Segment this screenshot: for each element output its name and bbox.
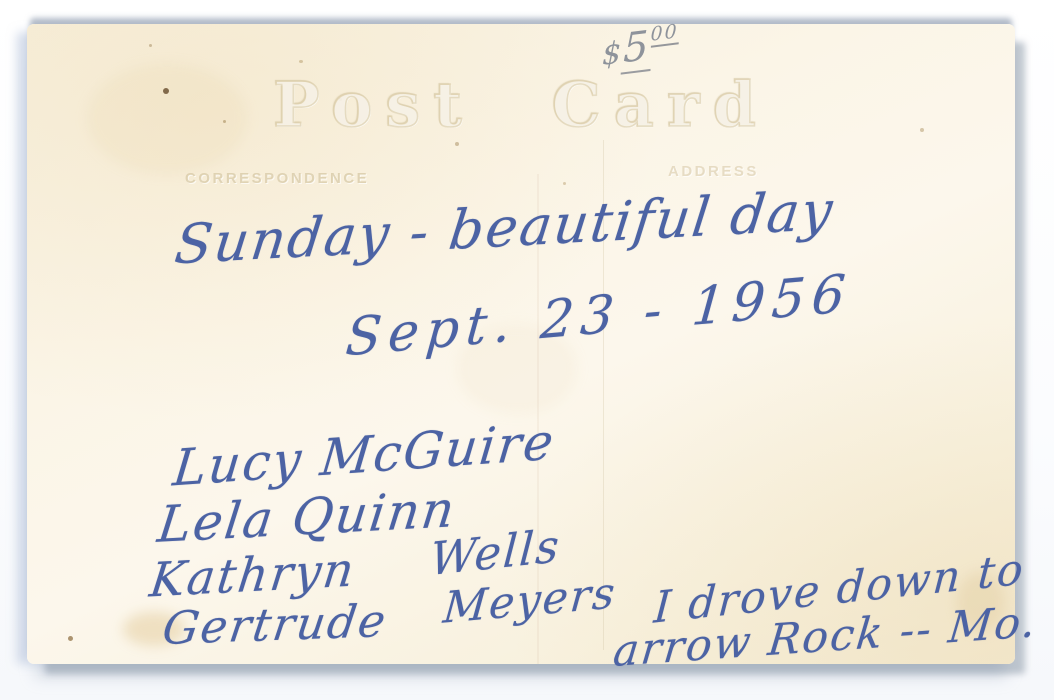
foxing-spot	[149, 44, 152, 47]
foxing-spot	[563, 182, 566, 185]
foxing-spot	[68, 636, 73, 641]
handwritten-name-gertrude: Gertrude	[159, 594, 390, 655]
scan-background: Post Card CORRESPONDENCE ADDRESS $500 Su…	[0, 0, 1054, 700]
price-digit: 5	[621, 23, 651, 75]
address-label: ADDRESS	[668, 163, 759, 180]
price-cents-superscript: 00	[650, 20, 678, 48]
foxing-spot	[299, 60, 303, 63]
foxing-spot	[455, 142, 459, 146]
dollar-sign: $	[602, 35, 622, 73]
postcard-embossed-title: Post Card	[27, 68, 1015, 141]
handwritten-message-line: Sunday - beautiful day	[172, 178, 838, 276]
postcard: Post Card CORRESPONDENCE ADDRESS $500 Su…	[27, 24, 1015, 664]
correspondence-label: CORRESPONDENCE	[185, 170, 369, 187]
pencil-price-annotation: $500	[602, 19, 679, 75]
handwritten-date-line: Sept. 23 - 1956	[343, 264, 854, 369]
